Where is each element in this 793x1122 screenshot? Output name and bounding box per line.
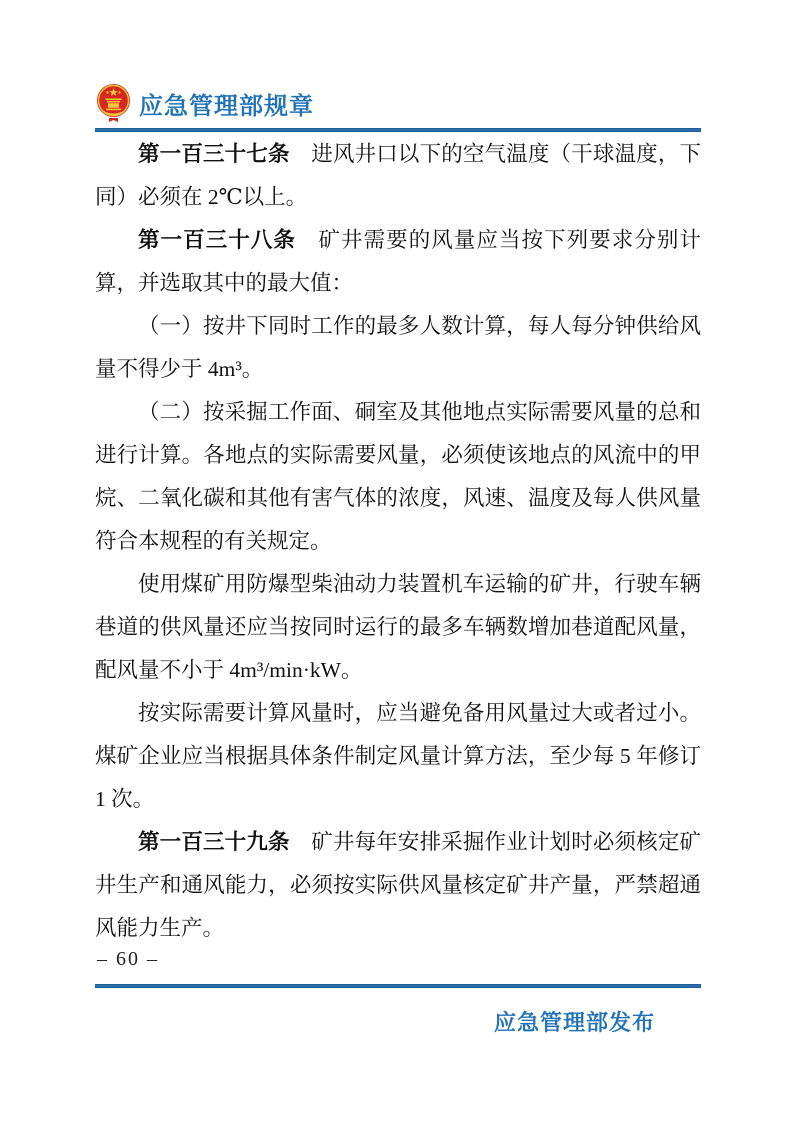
publisher-label: 应急管理部发布 [494,1006,655,1037]
paragraph-air-calc-method: 按实际需要计算风量时，应当避免备用风量过大或者过小。煤矿企业应当根据具体条件制定… [95,692,701,821]
header-title: 应急管理部规章 [139,86,314,121]
article-text: （二）按采掘工作面、硐室及其他地点实际需要风量的总和进行计算。各地点的实际需要风… [95,400,701,553]
article-number: 第一百三十七条 [138,142,290,166]
header-divider [95,128,701,132]
article-text: 使用煤矿用防爆型柴油动力装置机车运输的矿井，行驶车辆巷道的供风量还应当按同时运行… [95,572,701,682]
document-header: 应急管理部规章 [95,82,314,124]
paragraph-item-1: （一）按井下同时工作的最多人数计算，每人每分钟供给风量不得少于 4m³。 [95,305,701,391]
article-text: 按实际需要计算风量时，应当避免备用风量过大或者过小。煤矿企业应当根据具体条件制定… [95,701,701,811]
document-body: 第一百三十七条 进风井口以下的空气温度（干球温度，下同）必须在 2℃以上。 第一… [95,133,701,950]
paragraph-article-139: 第一百三十九条 矿井每年安排采掘作业计划时必须核定矿井生产和通风能力，必须按实际… [95,821,701,950]
article-number: 第一百三十九条 [138,830,290,854]
document-page: 应急管理部规章 第一百三十七条 进风井口以下的空气温度（干球温度，下同）必须在 … [0,0,793,1122]
paragraph-item-2: （二）按采掘工作面、硐室及其他地点实际需要风量的总和进行计算。各地点的实际需要风… [95,391,701,563]
paragraph-article-138: 第一百三十八条 矿井需要的风量应当按下列要求分别计算，并选取其中的最大值： [95,219,701,305]
footer-divider [95,984,701,988]
paragraph-article-137: 第一百三十七条 进风井口以下的空气温度（干球温度，下同）必须在 2℃以上。 [95,133,701,219]
national-emblem-icon [95,83,132,123]
page-number: – 60 – [97,948,159,971]
paragraph-diesel-vehicles: 使用煤矿用防爆型柴油动力装置机车运输的矿井，行驶车辆巷道的供风量还应当按同时运行… [95,563,701,692]
article-text: （一）按井下同时工作的最多人数计算，每人每分钟供给风量不得少于 4m³。 [95,314,701,381]
article-number: 第一百三十八条 [138,228,296,252]
